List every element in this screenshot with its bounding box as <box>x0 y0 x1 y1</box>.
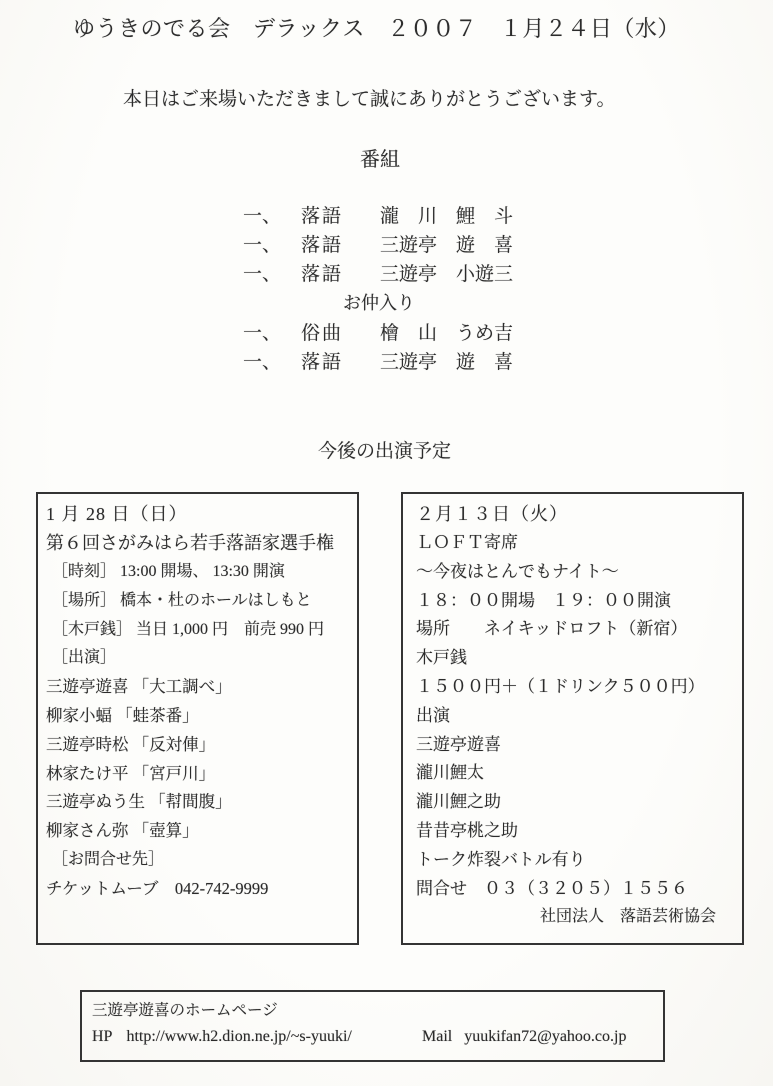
program-row-marker: 一、 <box>243 201 281 228</box>
event-box-feb13: ２月１３日（火） ＬＯＦＴ寄席 〜今夜はとんでもナイト〜 １８：００開場 １９：… <box>401 492 744 945</box>
homepage-links-line: HPhttp://www.h2.dion.ne.jp/~s-yuuki/ Mai… <box>92 1024 663 1050</box>
contact-heading-line: ［お問合せ先］ <box>46 846 351 875</box>
event-detail-line: ［出演］ <box>46 644 351 673</box>
event-date: 1 月 28 日（日） <box>46 499 351 529</box>
event-detail-line: ［木戸銭］ 当日 1,000 円 前売 990 円 <box>46 616 351 645</box>
program-row: 一、 落語 三遊亭 小遊三 <box>0 259 773 285</box>
performer-line: 三遊亭ぬう生 「幇間腹」 <box>46 788 351 817</box>
program-row-marker: 一、 <box>243 230 281 257</box>
program-row-genre: 俗曲 <box>301 318 343 345</box>
organization-name: 社団法人 落語芸術協会 <box>416 903 736 932</box>
mail-label: Mail <box>422 1028 452 1045</box>
performer-line: 三遊亭遊喜 <box>416 731 736 760</box>
contact-phone-line: 問合せ ０３（３２０５）１５５６ <box>416 875 736 904</box>
program-row: 一、 落語 瀧 川 鯉 斗 <box>0 201 773 227</box>
program-row: 一、 落語 三遊亭 遊 喜 <box>0 230 773 256</box>
intermission-label: お仲入り <box>343 289 415 315</box>
greeting-text: 本日はご来場いただきまして誠にありがとうございます。 <box>123 84 615 111</box>
program-heading: 番組 <box>360 143 400 172</box>
program-row-genre: 落語 <box>301 259 343 286</box>
performer-line: 瀧川鯉太 <box>416 759 736 788</box>
event-title: 第６回さがみはら若手落語家選手権 <box>46 529 351 558</box>
event-detail-line: １８：００開場 １９：００開演 <box>416 587 736 616</box>
upcoming-heading: 今後の出演予定 <box>318 436 451 463</box>
program-row-genre: 落語 <box>301 347 343 374</box>
program-row-genre: 落語 <box>301 201 343 228</box>
event-detail-line: トーク炸裂バトル有り <box>416 846 736 875</box>
program-row-performer: 三遊亭 遊 喜 <box>380 230 513 257</box>
program-row-marker: 一、 <box>243 318 281 345</box>
performer-line: 三遊亭時松 「反対俥」 <box>46 731 351 760</box>
performer-line: 瀧川鯉之助 <box>416 788 736 817</box>
event-detail-line: 〜今夜はとんでもナイト〜 <box>416 558 736 587</box>
program-row-marker: 一、 <box>243 259 281 286</box>
homepage-title: 三遊亭遊喜のホームページ <box>92 998 663 1024</box>
hp-label: HP <box>92 1028 112 1045</box>
event-detail-line: 場所 ネイキッドロフト（新宿） <box>416 615 736 644</box>
event-detail-line: ＬＯＦＴ寄席 <box>416 529 736 558</box>
program-row: 一、 落語 三遊亭 遊 喜 <box>0 347 773 373</box>
scanned-flyer-page: ゆうきのでる会 デラックス ２００７ １月２４日（水） 本日はご来場いただきまし… <box>0 0 773 1086</box>
event-detail-line: ［場所］ 橋本・杜のホールはしもと <box>46 587 351 616</box>
program-row-performer: 檜 山 うめ吉 <box>380 318 513 345</box>
program-row-performer: 三遊亭 小遊三 <box>380 259 513 286</box>
program-row-genre: 落語 <box>301 230 343 257</box>
performer-line: 三遊亭遊喜 「大工調べ」 <box>46 673 351 702</box>
performer-line: 昔昔亭桃之助 <box>416 817 736 846</box>
performer-line: 林家たけ平 「宮戸川」 <box>46 760 351 789</box>
program-row: 一、 俗曲 檜 山 うめ吉 <box>0 318 773 344</box>
event-detail-line: ［時刻］ 13:00 開場、 13:30 開演 <box>46 558 351 587</box>
event-detail-line: １５００円＋（１ドリンク５００円） <box>416 673 736 702</box>
event-date: ２月１３日（火） <box>416 499 736 529</box>
event-box-jan28: 1 月 28 日（日） 第６回さがみはら若手落語家選手権 ［時刻］ 13:00 … <box>36 492 359 945</box>
hp-url: http://www.h2.dion.ne.jp/~s-yuuki/ <box>126 1028 351 1045</box>
event-detail-line: 出演 <box>416 702 736 731</box>
mail-group: Mailyuukifan72@yahoo.co.jp <box>422 1024 626 1050</box>
performer-line: 柳家さん弥 「壺算」 <box>46 817 351 846</box>
performer-line: 柳家小蝠 「蛙茶番」 <box>46 702 351 731</box>
homepage-info-box: 三遊亭遊喜のホームページ HPhttp://www.h2.dion.ne.jp/… <box>80 990 665 1062</box>
program-row-marker: 一、 <box>243 347 281 374</box>
mail-address: yuukifan72@yahoo.co.jp <box>464 1028 626 1045</box>
event-detail-line: 木戸銭 <box>416 644 736 673</box>
page-title: ゆうきのでる会 デラックス ２００７ １月２４日（水） <box>73 12 680 43</box>
program-row-performer: 三遊亭 遊 喜 <box>380 347 513 374</box>
contact-phone-line: チケットムーブ 042-742-9999 <box>46 875 351 904</box>
program-row-performer: 瀧 川 鯉 斗 <box>380 201 513 228</box>
